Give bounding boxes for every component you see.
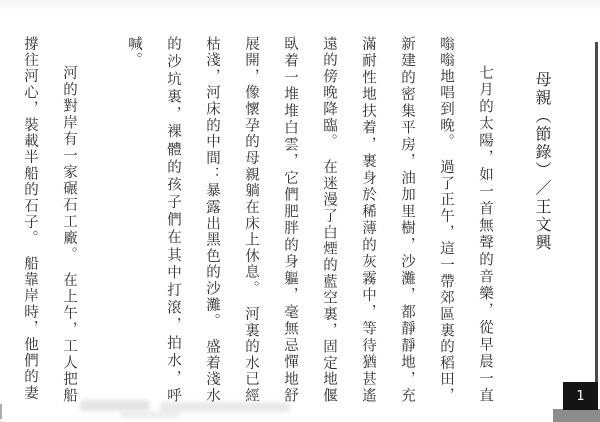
- paragraph: 河的對岸有一家碾石工廠。 在上午，工人把船撐往河心，裝載半船的石子。 船靠岸時，…: [10, 36, 88, 404]
- bleedthrough-smudge: [120, 412, 180, 418]
- paragraph: 七月的太陽，如一首無聲的音樂，從早晨一直嗡嗡地唱到晚。 過了正午，這一帶郊區裏的…: [114, 36, 504, 404]
- page-edge-line: [595, 42, 598, 422]
- scanned-book-page: 母親（節錄）／王文興 七月的太陽，如一首無聲的音樂，從早晨一直嗡嗡地唱到晚。 過…: [0, 0, 600, 422]
- page-edge-corner: [553, 409, 600, 422]
- page-number: 1: [576, 389, 584, 404]
- bleedthrough-smudge: [160, 402, 290, 412]
- scan-corner-artifact: [0, 404, 2, 419]
- article-title: 母親（節錄）／王文興: [531, 71, 554, 391]
- page-number-badge: 1: [563, 382, 598, 410]
- bleedthrough-smudge: [80, 400, 150, 411]
- article-body: 七月的太陽，如一首無聲的音樂，從早晨一直嗡嗡地唱到晚。 過了正午，這一帶郊區裏的…: [50, 36, 504, 404]
